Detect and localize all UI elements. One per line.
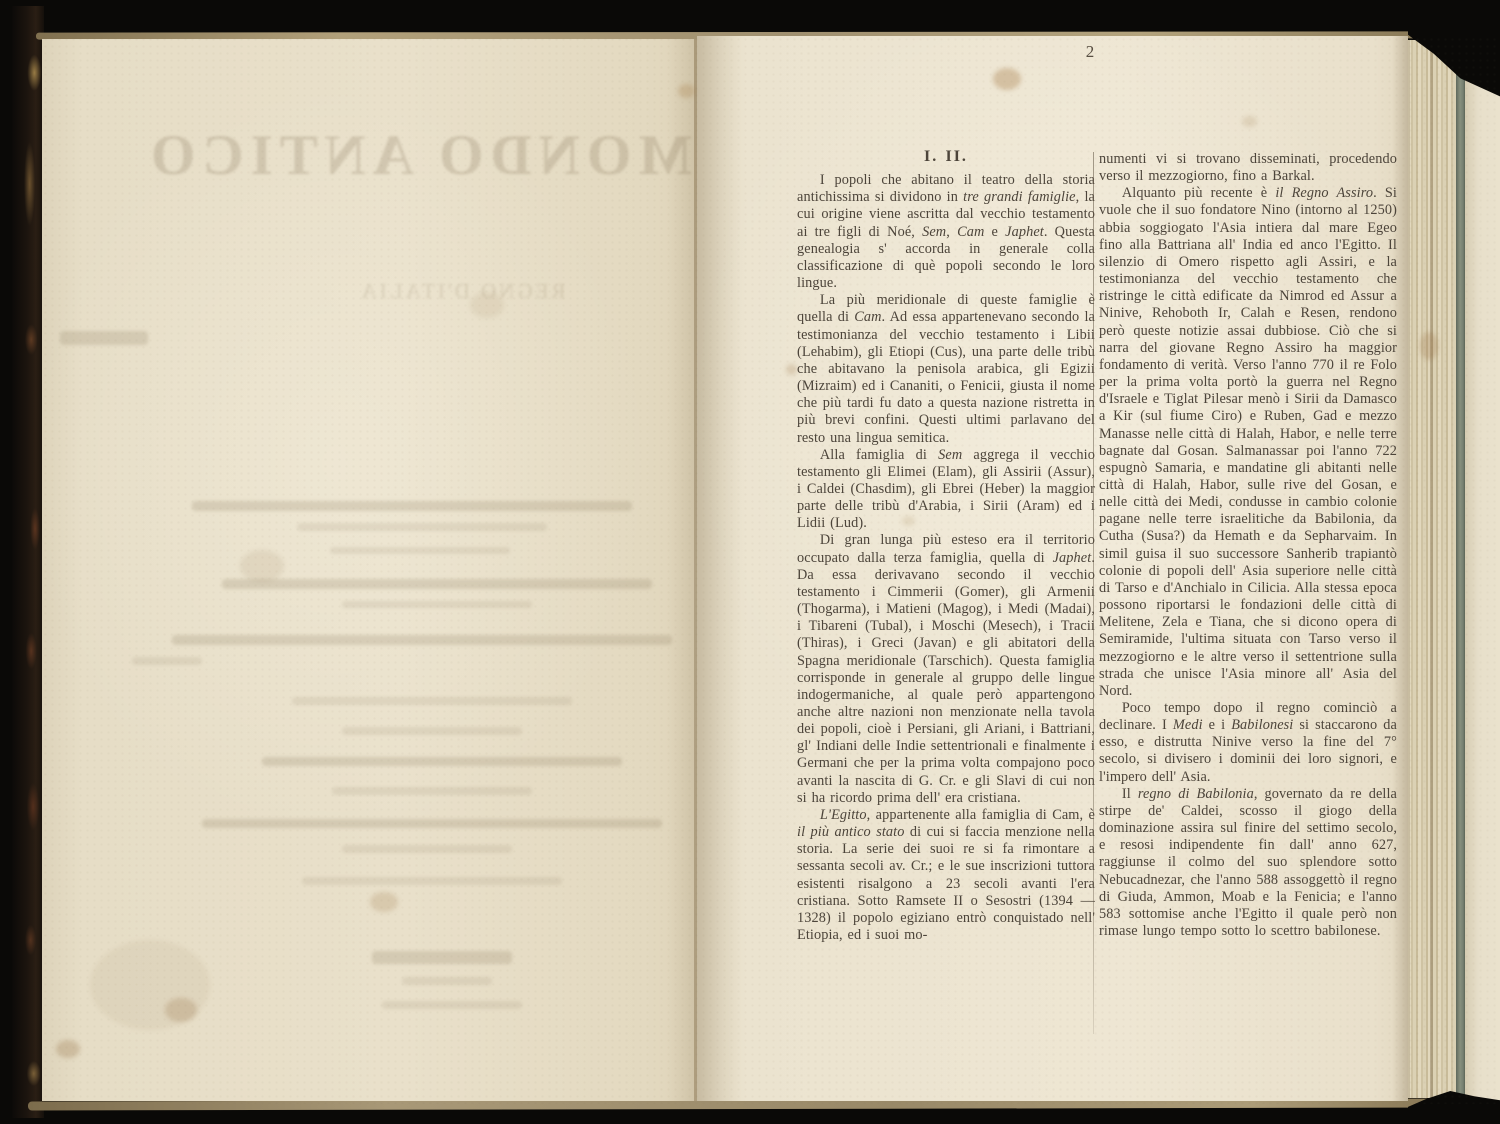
page-number: 2 [1076,42,1104,62]
bleed-line [372,951,512,964]
cover-cloth-strip [1456,60,1465,1096]
foxing-spot [1242,116,1257,127]
foxing-spot [1420,332,1438,360]
column-1-paragraphs: I popoli che abitano il teatro della sto… [797,172,1095,944]
paragraph: Il regno di Babilonia, governato da re d… [1099,786,1397,940]
paragraph: Di gran lunga più esteso era il territor… [797,532,1095,807]
column-2-paragraphs: numenti vi si trovano disseminati, proce… [1099,151,1397,940]
paragraph: Alquanto più recente è il Regno Assiro. … [1099,185,1397,700]
paragraph: La più meridionale di queste famiglie è … [797,292,1095,446]
text-column-2: numenti vi si trovano disseminati, proce… [1099,151,1397,1067]
foxing-spot [902,516,915,526]
bleed-line [297,523,547,531]
bleed-line [330,547,510,554]
paragraph: L'Egitto, appartenente alla famiglia di … [797,807,1095,944]
flyleaf-page [1465,64,1500,1101]
section-heading: I. II. [797,148,1095,165]
paragraph: Poco tempo dopo il regno cominciò a decl… [1099,700,1397,786]
foxing-spot [786,364,797,375]
page-stack-edge [1408,40,1458,1098]
bleed-line [60,331,148,345]
paragraph: numenti vi si trovano disseminati, proce… [1099,151,1397,185]
paragraph: Alla famiglia di Sem aggrega il vecchio … [797,447,1095,533]
gutter-seam [694,39,697,1101]
bleed-line [342,845,512,853]
foxing-spot [240,550,284,582]
bleed-line [342,601,532,608]
book-spine [12,6,44,1118]
bleed-through-subtitle: REGNO D'ITALIA [297,279,627,304]
column-divider [1093,152,1094,1034]
foxing-spot [470,292,504,318]
bleed-line [382,1001,522,1009]
foxing-spot [56,1040,80,1058]
scanned-book-spread: { "colors": { "background": "#0a0907", "… [0,0,1500,1124]
bleed-line [202,819,662,828]
text-column-1: I. II. I popoli che abitano il teatro de… [797,148,1095,1040]
bleed-line [342,727,522,735]
bleed-line [302,877,562,885]
foxing-spot [678,84,695,98]
bleed-line [192,501,632,511]
foxing-spot [370,892,398,912]
bleed-line [132,657,202,665]
bleed-line [402,977,492,985]
paragraph: I popoli che abitano il teatro della sto… [797,172,1095,292]
bleed-line [262,757,622,766]
bleed-through-title: MONDO ANTICO [152,123,692,188]
bleed-line [222,579,652,589]
foxing-spot [1326,860,1339,873]
foxing-spot [993,68,1021,90]
bleed-line [332,787,532,795]
bleed-line [172,635,672,645]
foxing-spot [90,940,210,1030]
bleed-line [292,697,572,705]
